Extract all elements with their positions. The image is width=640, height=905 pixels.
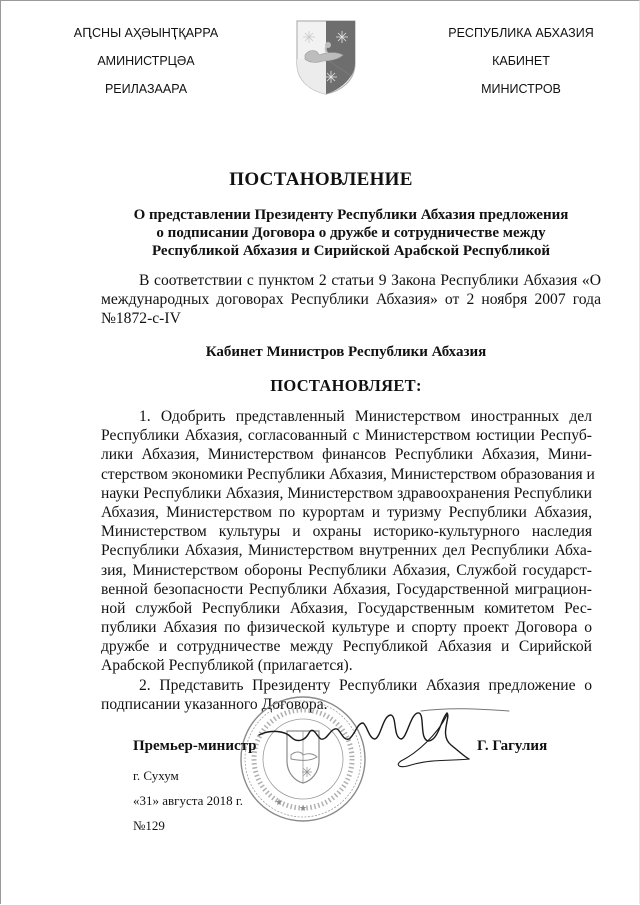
issue-city: г. Сухум: [133, 768, 179, 784]
subject-line: о подписании Договора о дружбе и сотрудн…: [101, 224, 601, 242]
body-line: науки Республики Абхазия, Министерством …: [101, 484, 592, 503]
preamble-paragraph: В соответствии с пунктом 2 статьи 9 Зако…: [101, 271, 601, 328]
document-type-title: ПОСТАНОВЛЕНИЕ: [1, 169, 640, 191]
header-abkhaz: АԤСНЫ АҲӘЫНҬҚАРРА АМИНИСТРЦӘА РЕИЛАЗААРА: [46, 25, 246, 109]
subject-line: О представлении Президенту Республики Аб…: [101, 206, 601, 224]
header-left-line: АԤСНЫ АҲӘЫНҬҚАРРА: [46, 25, 246, 53]
preamble-line: В соответствии с пунктом 2 статьи 9 Зако…: [101, 271, 601, 290]
body-line: Республики Абхазия, согласованный с Мини…: [101, 426, 592, 445]
body-line: Абхазия, Министерством по курортам и тур…: [101, 503, 592, 522]
body-line: лики Абхазия, Министерством финансов Рес…: [101, 445, 592, 464]
document-subject: О представлении Президенту Республики Аб…: [101, 206, 601, 260]
svg-text:★: ★: [275, 797, 283, 807]
preamble-line: №1872-с-IV: [101, 309, 601, 328]
resolves-heading: ПОСТАНОВЛЯЕТ:: [1, 376, 640, 396]
body-line: Республики Абхазия, Министерством внутре…: [101, 541, 592, 560]
body-line: венной безопасности Республики Абхазия, …: [101, 580, 592, 599]
header-right-line: КАБИНЕТ: [421, 53, 621, 81]
body-line: зия, Министерством обороны Республики Аб…: [101, 561, 592, 580]
svg-text:★: ★: [299, 803, 307, 813]
header-russian: РЕСПУБЛИКА АБХАЗИЯ КАБИНЕТ МИНИСТРОВ: [421, 25, 621, 109]
header-right-line: РЕСПУБЛИКА АБХАЗИЯ: [421, 25, 621, 53]
coat-of-arms-icon: [295, 19, 357, 95]
body-line: 1. Одобрить представленный Министерством…: [101, 407, 592, 426]
body-line: Арабской Республикой (прилагается).: [101, 656, 592, 675]
body-line: 2. Представить Президенту Республики Абх…: [101, 676, 592, 695]
body-line: ной службой Республики Абхазия, Государс…: [101, 599, 592, 618]
header-left-line: АМИНИСТРЦӘА: [46, 53, 246, 81]
subject-line: Республикой Абхазия и Сирийской Арабской…: [101, 242, 601, 260]
handwritten-signature: [251, 701, 511, 781]
issue-date: «31» августа 2018 г.: [133, 793, 243, 809]
document-page: АԤСНЫ АҲӘЫНҬҚАРРА АМИНИСТРЦӘА РЕИЛАЗААРА…: [0, 0, 640, 904]
body-line: дружбе и сотрудничестве между Республико…: [101, 637, 592, 656]
signatory-position: Премьер-министр: [133, 738, 257, 755]
signatory-name: Г. Гагулия: [477, 738, 547, 755]
header-left-line: РЕИЛАЗААРА: [46, 81, 246, 109]
issuing-authority: Кабинет Министров Республики Абхазия: [1, 344, 640, 361]
resolution-body: 1. Одобрить представленный Министерством…: [101, 407, 592, 714]
body-line: публики Абхазия по физической культуре и…: [101, 618, 592, 637]
body-line: Министерством культуры и охраны историко…: [101, 522, 592, 541]
body-line: стерством экономики Республики Абхазия, …: [101, 465, 592, 484]
preamble-line: международных договорах Республики Абхаз…: [101, 290, 601, 309]
document-number: №129: [133, 818, 165, 834]
header-right-line: МИНИСТРОВ: [421, 81, 621, 109]
